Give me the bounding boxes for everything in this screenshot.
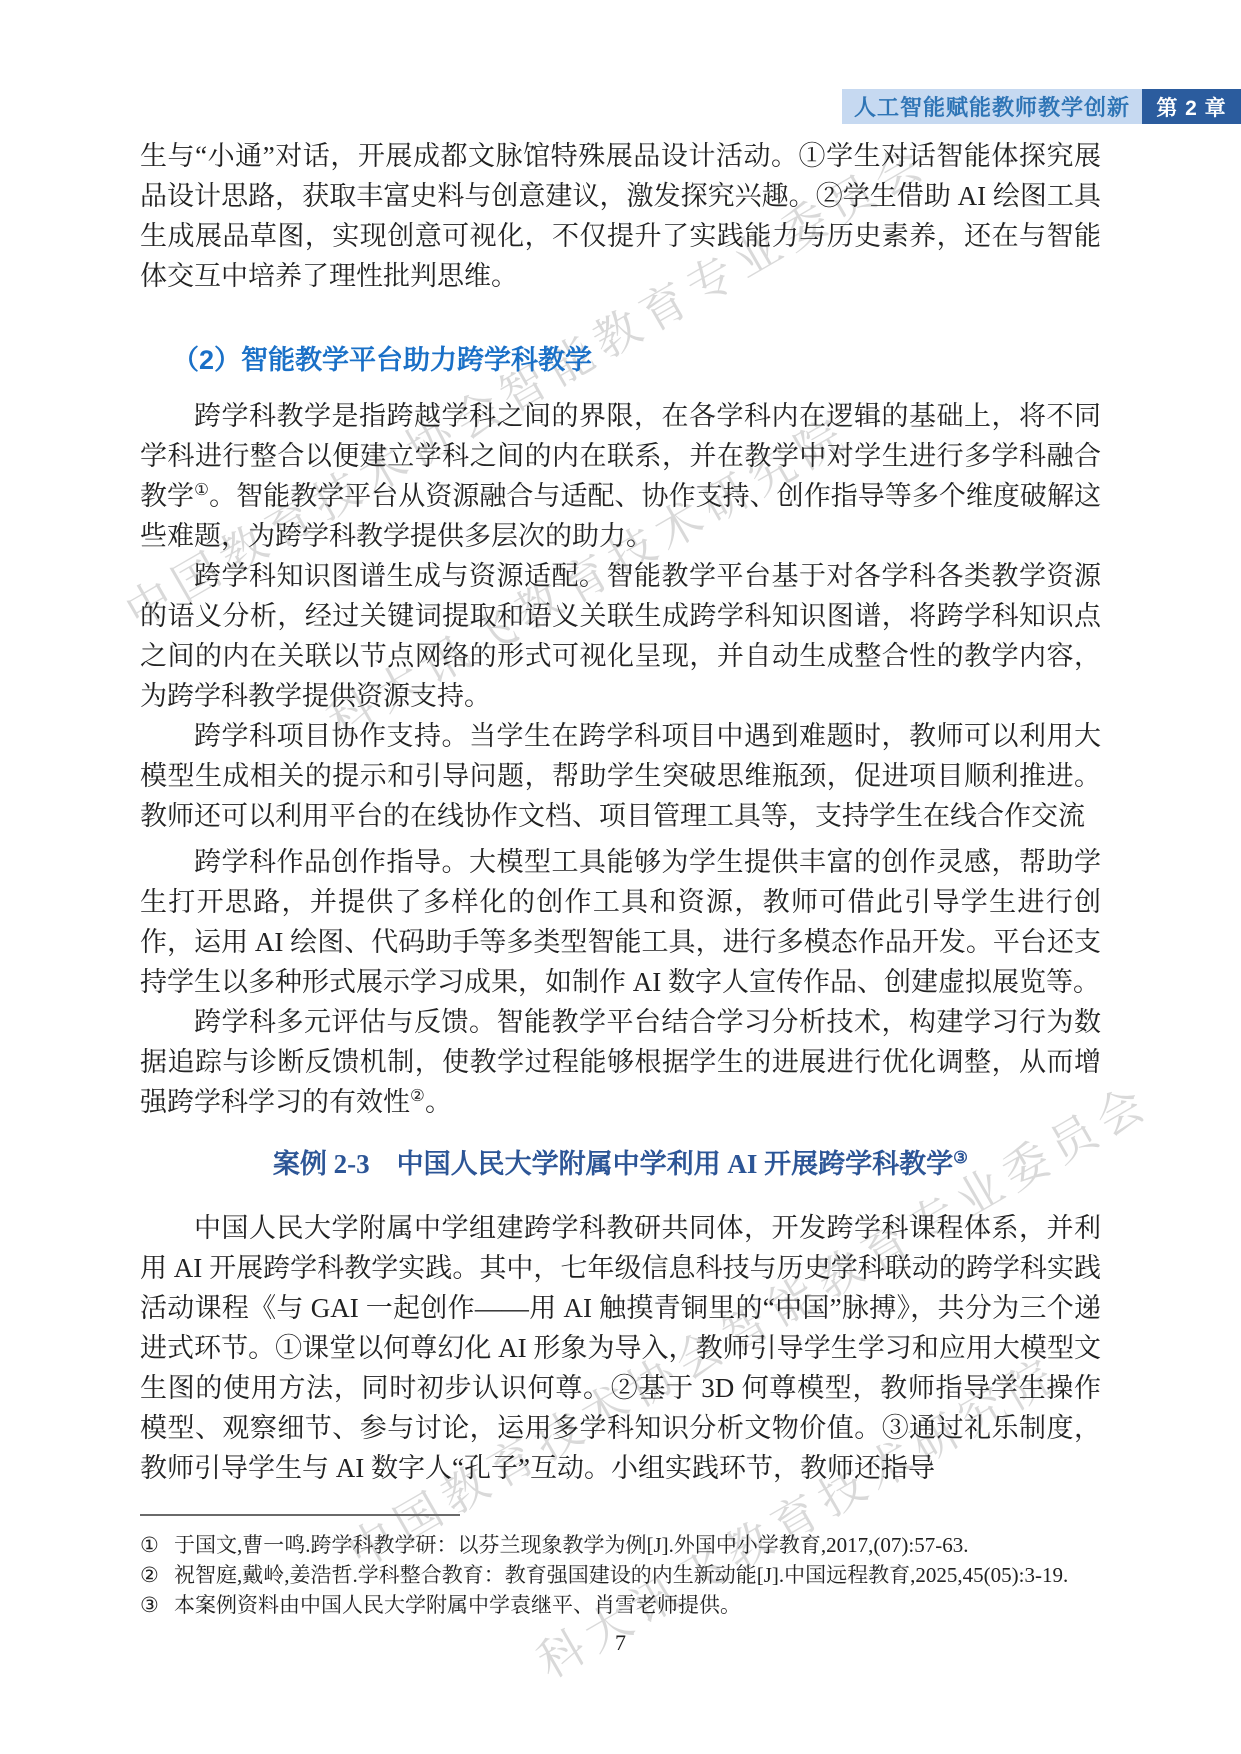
chapter-badge-label: 第 2 章 [1156, 92, 1226, 122]
section-heading: （2）智能教学平台助力跨学科教学 [140, 340, 1101, 380]
footnote-1-text: 于国文,曹一鸣.跨学科教学研：以芬兰现象教学为例[J].外国中小学教育,2017… [174, 1533, 968, 1557]
footnote-3-marker: ③ [140, 1590, 174, 1620]
footnote-2-marker: ② [140, 1560, 174, 1590]
footnote-1-marker: ① [140, 1530, 174, 1560]
paragraph-case-study: 中国人民大学附属中学组建跨学科教研共同体，开发跨学科课程体系，并利用 AI 开展… [140, 1208, 1101, 1488]
footnotes-block: ①于国文,曹一鸣.跨学科教学研：以芬兰现象教学为例[J].外国中小学教育,201… [140, 1530, 1101, 1620]
footnote-ref-2: ② [410, 1086, 425, 1105]
case-study-title: 案例 2-3 中国人民大学附属中学利用 AI 开展跨学科教学③ [140, 1144, 1101, 1184]
chapter-badge: 第 2 章 [1142, 89, 1241, 124]
running-header-bar: 人工智能赋能教师教学创新 [842, 89, 1142, 124]
page-number: 7 [140, 1630, 1101, 1656]
paragraph-text: 跨学科多元评估与反馈。智能教学平台结合学习分析技术，构建学习行为数据追踪与诊断反… [140, 1007, 1101, 1117]
paragraph-evaluation-feedback: 跨学科多元评估与反馈。智能教学平台结合学习分析技术，构建学习行为数据追踪与诊断反… [140, 1002, 1101, 1122]
footnote-2-text: 祝智庭,戴岭,姜浩哲.学科整合教育：教育强国建设的内生新动能[J].中国远程教育… [174, 1563, 1068, 1587]
paragraph-knowledge-graph: 跨学科知识图谱生成与资源适配。智能教学平台基于对各学科各类教学资源的语义分析，经… [140, 556, 1101, 716]
footnote-divider [140, 1514, 460, 1516]
paragraph-creation-guidance: 跨学科作品创作指导。大模型工具能够为学生提供丰富的创作灵感，帮助学生打开思路，并… [140, 842, 1101, 1002]
paragraph-continuation: 生与“小通”对话，开展成都文脉馆特殊展品设计活动。①学生对话智能体探究展品设计思… [140, 136, 1101, 296]
footnote-ref-3: ③ [953, 1148, 968, 1167]
paragraph-text: 。 [425, 1087, 452, 1117]
footnote-ref-1: ① [194, 480, 209, 499]
paragraph-project-collaboration: 跨学科项目协作支持。当学生在跨学科项目中遇到难题时，教师可以利用大模型生成相关的… [140, 716, 1101, 836]
footnote-1: ①于国文,曹一鸣.跨学科教学研：以芬兰现象教学为例[J].外国中小学教育,201… [140, 1530, 1101, 1560]
text-column: 生与“小通”对话，开展成都文脉馆特殊展品设计活动。①学生对话智能体探究展品设计思… [140, 136, 1101, 1656]
paragraph-text: 。智能教学平台从资源融合与适配、协作支持、创作指导等多个维度破解这些难题，为跨学… [140, 481, 1101, 551]
case-title-text: 案例 2-3 中国人民大学附属中学利用 AI 开展跨学科教学 [273, 1149, 953, 1179]
running-header-title: 人工智能赋能教师教学创新 [854, 91, 1130, 122]
footnote-3: ③本案例资料由中国人民大学附属中学袁继平、肖雪老师提供。 [140, 1590, 1101, 1620]
footnote-2: ②祝智庭,戴岭,姜浩哲.学科整合教育：教育强国建设的内生新动能[J].中国远程教… [140, 1560, 1101, 1590]
document-page: 中国教育技术协会智能教育专业委员会 科大讯飞教育技术研究院 中国教育技术协会智能… [0, 0, 1241, 1754]
paragraph-interdisciplinary-definition: 跨学科教学是指跨越学科之间的界限，在各学科内在逻辑的基础上，将不同学科进行整合以… [140, 396, 1101, 556]
footnote-3-text: 本案例资料由中国人民大学附属中学袁继平、肖雪老师提供。 [174, 1593, 741, 1617]
